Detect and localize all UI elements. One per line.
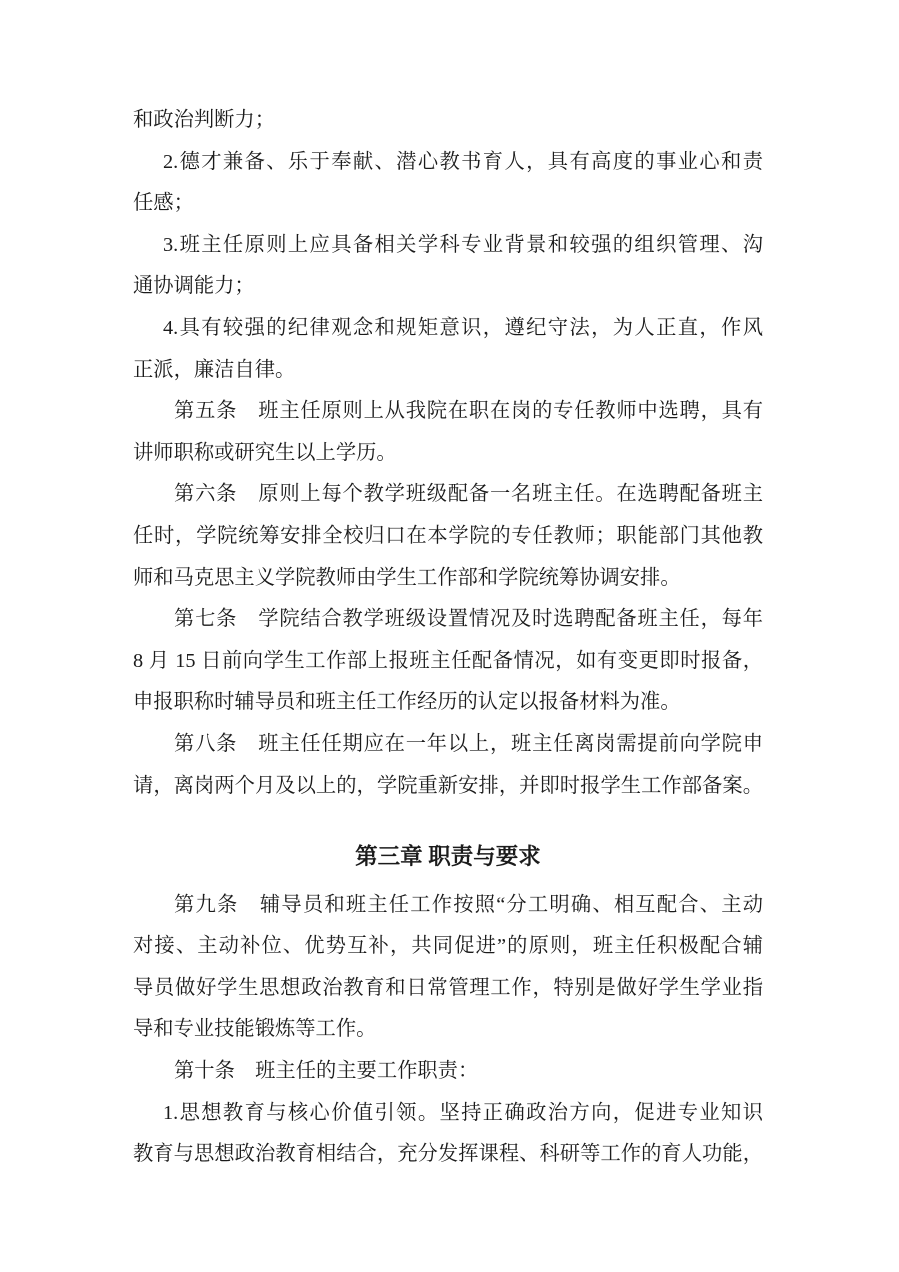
text-line: 通协调能力； [133, 266, 763, 308]
text-line: 教育与思想政治教育相结合，充分发挥课程、科研等工作的育人功能， [133, 1134, 763, 1176]
text-line: 和政治判断力； [133, 100, 763, 142]
text-line: 师和马克思主义学院教师由学生工作部和学院统筹协调安排。 [133, 558, 763, 600]
text-line: 1.思想教育与核心价值引领。坚持正确政治方向，促进专业知识 [133, 1093, 763, 1135]
text-line: 导员做好学生思想政治教育和日常管理工作，特别是做好学生学业指 [133, 968, 763, 1010]
text-line: 申报职称时辅导员和班主任工作经历的认定以报备材料为准。 [133, 682, 763, 724]
text-line: 4.具有较强的纪律观念和规矩意识，遵纪守法，为人正直，作风 [133, 308, 763, 350]
text-line: 任感； [133, 183, 763, 225]
text-line: 8 月 15 日前向学生工作部上报班主任配备情况，如有变更即时报备， [133, 641, 763, 683]
text-line: 导和专业技能锻炼等工作。 [133, 1009, 763, 1051]
text-line: 请，离岗两个月及以上的，学院重新安排，并即时报学生工作部备案。 [133, 766, 763, 808]
document-page: 和政治判断力； 2.德才兼备、乐于奉献、潜心教书育人，具有高度的事业心和责 任感… [0, 0, 899, 1272]
text-line: 第七条 学院结合教学班级设置情况及时选聘配备班主任，每年 [133, 599, 763, 641]
text-line: 2.德才兼备、乐于奉献、潜心教书育人，具有高度的事业心和责 [133, 142, 763, 184]
text-line: 3.班主任原则上应具备相关学科专业背景和较强的组织管理、沟 [133, 225, 763, 267]
chapter-heading: 第三章 职责与要求 [133, 836, 763, 878]
text-line: 第九条 辅导员和班主任工作按照“分工明确、相互配合、主动 [133, 885, 763, 927]
text-line: 第五条 班主任原则上从我院在职在岗的专任教师中选聘，具有 [133, 391, 763, 433]
text-line: 讲师职称或研究生以上学历。 [133, 433, 763, 475]
text-line: 正派，廉洁自律。 [133, 350, 763, 392]
document-text-block: 和政治判断力； 2.德才兼备、乐于奉献、潜心教书育人，具有高度的事业心和责 任感… [133, 100, 763, 1176]
text-line: 第八条 班主任任期应在一年以上，班主任离岗需提前向学院申 [133, 724, 763, 766]
text-line: 对接、主动补位、优势互补，共同促进”的原则，班主任积极配合辅 [133, 926, 763, 968]
text-line: 第十条 班主任的主要工作职责： [133, 1051, 763, 1093]
text-line: 第六条 原则上每个教学班级配备一名班主任。在选聘配备班主 [133, 474, 763, 516]
text-line: 任时，学院统筹安排全校归口在本学院的专任教师；职能部门其他教 [133, 516, 763, 558]
